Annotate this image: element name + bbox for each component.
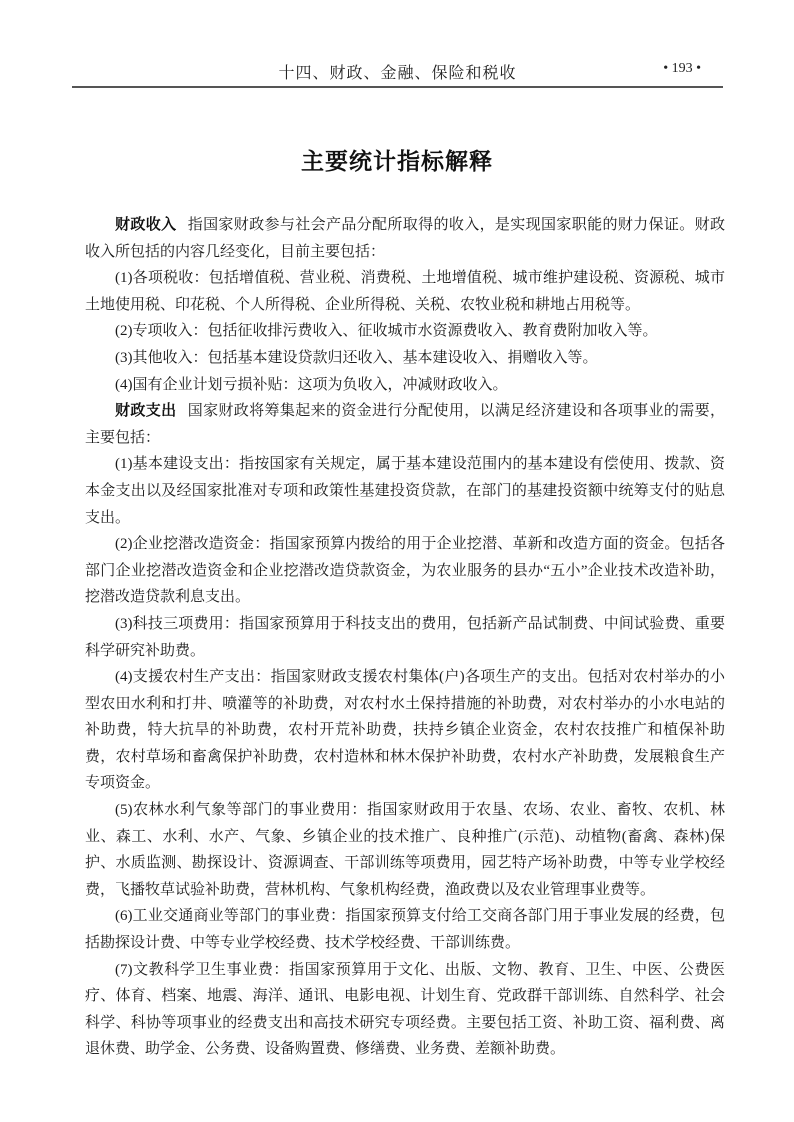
paragraph-expenditure-item-5: (5)农林水利气象等部门的事业费用：指国家财政用于农垦、农场、农业、畜牧、农机、… xyxy=(85,797,725,903)
paragraph-revenue-item-3: (3)其他收入：包括基本建设贷款归还收入、基本建设收入、捐赠收入等。 xyxy=(85,345,725,372)
paragraph-expenditure-item-7: (7)文教科学卫生事业费：指国家预算用于文化、出版、文物、教育、卫生、中医、公费… xyxy=(85,957,725,1063)
page-number: • 193 • xyxy=(663,61,701,77)
paragraph-text: 指国家财政参与社会产品分配所取得的收入，是实现国家职能的财力保证。财政收入所包括… xyxy=(85,217,725,260)
header-divider xyxy=(72,86,723,88)
paragraph-expenditure-item-4: (4)支援农村生产支出：指国家财政支援农村集体(户)各项生产的支出。包括对农村举… xyxy=(85,664,725,797)
paragraph-fiscal-revenue: 财政收入指国家财政参与社会产品分配所取得的收入，是实现国家职能的财力保证。财政收… xyxy=(85,212,725,265)
definition-term-fiscal-expenditure: 财政支出 xyxy=(115,402,176,419)
content-body: 财政收入指国家财政参与社会产品分配所取得的收入，是实现国家职能的财力保证。财政收… xyxy=(85,212,725,1063)
running-header: 十四、财政、金融、保险和税收 • 193 • xyxy=(72,60,723,82)
paragraph-revenue-item-1: (1)各项税收：包括增值税、营业税、消费税、土地增值税、城市维护建设税、资源税、… xyxy=(85,265,725,318)
paragraph-expenditure-item-2: (2)企业挖潜改造资金：指国家预算内拨给的用于企业挖潜、革新和改造方面的资金。包… xyxy=(85,531,725,611)
paragraph-fiscal-expenditure: 财政支出国家财政将筹集起来的资金进行分配使用，以满足经济建设和各项事业的需要，主… xyxy=(85,398,725,451)
page-title: 主要统计指标解释 xyxy=(0,143,794,176)
paragraph-revenue-item-4: (4)国有企业计划亏损补贴：这项为负收入，冲减财政收入。 xyxy=(85,372,725,399)
document-page: 十四、财政、金融、保险和税收 • 193 • 主要统计指标解释 财政收入指国家财… xyxy=(0,0,794,1122)
paragraph-expenditure-item-6: (6)工业交通商业等部门的事业费：指国家预算支付给工交商各部门用于事业发展的经费… xyxy=(85,903,725,956)
paragraph-revenue-item-2: (2)专项收入：包括征收排污费收入、征收城市水资源费收入、教育费附加收入等。 xyxy=(85,318,725,345)
chapter-title: 十四、财政、金融、保险和税收 xyxy=(72,60,723,83)
paragraph-expenditure-item-3: (3)科技三项费用：指国家预算用于科技支出的费用，包括新产品试制费、中间试验费、… xyxy=(85,611,725,664)
paragraph-text: 国家财政将筹集起来的资金进行分配使用，以满足经济建设和各项事业的需要，主要包括： xyxy=(85,403,725,446)
paragraph-expenditure-item-1: (1)基本建设支出：指按国家有关规定，属于基本建设范围内的基本建设有偿使用、拨款… xyxy=(85,451,725,531)
definition-term-fiscal-revenue: 财政收入 xyxy=(115,216,176,233)
